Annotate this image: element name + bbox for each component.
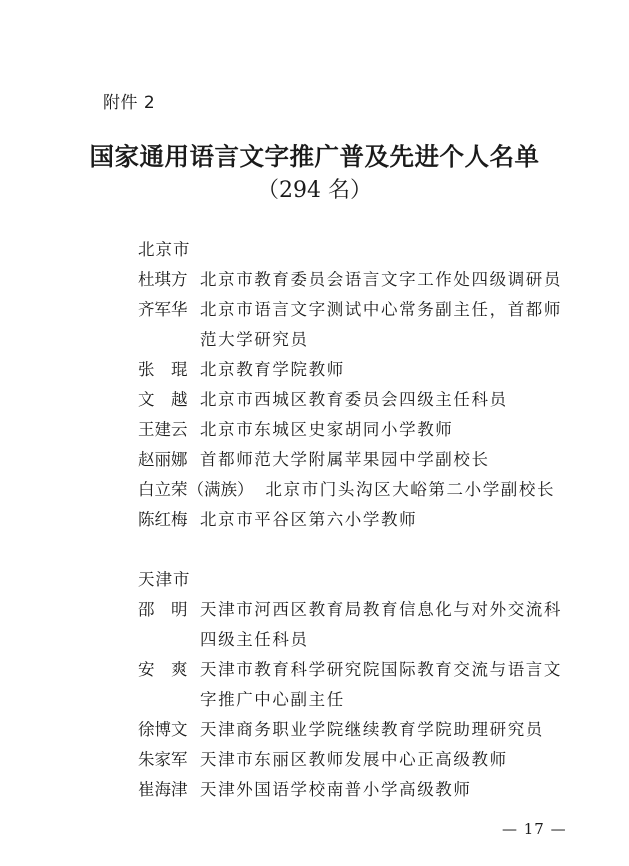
person-name: 齐军华 xyxy=(138,296,200,320)
person-name: 陈红梅 xyxy=(138,506,200,530)
person-desc-continued: 四级主任科员 xyxy=(200,626,309,650)
person-name: 安 爽 xyxy=(138,656,200,680)
person-desc: 北京市教育委员会语言文字工作处四级调研员 xyxy=(200,266,562,290)
document-subtitle: （294 名） xyxy=(0,173,629,204)
list-item: 王建云北京市东城区史家胡同小学教师 xyxy=(138,416,453,446)
person-desc: 北京市语言文字测试中心常务副主任，首都师 xyxy=(200,296,562,320)
section-heading-beijing: 北京市 xyxy=(138,236,191,260)
list-item: 安 爽天津市教育科学研究院国际教育交流与语言文 xyxy=(138,656,562,686)
list-item: 齐军华北京市语言文字测试中心常务副主任，首都师 xyxy=(138,296,562,326)
person-name: 杜琪方 xyxy=(138,266,200,290)
person-name: 崔海津 xyxy=(138,776,200,800)
person-name: 赵丽娜 xyxy=(138,446,200,470)
list-item: 崔海津天津外国语学校南普小学高级教师 xyxy=(138,776,472,806)
person-desc: 首都师范大学附属苹果园中学副校长 xyxy=(200,446,490,470)
person-desc-continued: 字推广中心副主任 xyxy=(200,686,345,710)
person-desc-continued: 范大学研究员 xyxy=(200,326,309,350)
person-name: 文 越 xyxy=(138,386,200,410)
attachment-label: 附件 2 xyxy=(103,88,155,113)
person-name: 白立荣（满族） xyxy=(138,480,254,499)
person-desc: 天津市东丽区教师发展中心正高级教师 xyxy=(200,746,508,770)
page-number: — 17 — xyxy=(502,820,567,838)
person-name: 朱家军 xyxy=(138,746,200,770)
person-desc: 天津外国语学校南普小学高级教师 xyxy=(200,776,472,800)
person-desc: 北京市西城区教育委员会四级主任科员 xyxy=(200,386,508,410)
person-name: 邵 明 xyxy=(138,596,200,620)
person-name: 王建云 xyxy=(138,416,200,440)
document-page: 附件 2 国家通用语言文字推广普及先进个人名单 （294 名） 北京市 杜琪方北… xyxy=(0,0,629,866)
person-desc: 北京市平谷区第六小学教师 xyxy=(200,506,417,530)
person-desc: 北京教育学院教师 xyxy=(200,356,345,380)
person-desc: 天津市河西区教育局教育信息化与对外交流科 xyxy=(200,596,562,620)
person-name: 徐博文 xyxy=(138,716,200,740)
person-desc: 天津市教育科学研究院国际教育交流与语言文 xyxy=(200,656,562,680)
list-item: 陈红梅北京市平谷区第六小学教师 xyxy=(138,506,417,536)
list-item: 邵 明天津市河西区教育局教育信息化与对外交流科 xyxy=(138,596,562,626)
list-item: 张 琨北京教育学院教师 xyxy=(138,356,345,386)
list-item: 朱家军天津市东丽区教师发展中心正高级教师 xyxy=(138,746,508,776)
list-item: 文 越北京市西城区教育委员会四级主任科员 xyxy=(138,386,508,416)
person-desc: 北京市门头沟区大峪第二小学副校长 xyxy=(266,476,556,500)
section-heading-tianjin: 天津市 xyxy=(138,566,191,590)
person-name: 张 琨 xyxy=(138,356,200,380)
list-item: 白立荣（满族）北京市门头沟区大峪第二小学副校长 xyxy=(138,476,555,506)
person-desc: 天津商务职业学院继续教育学院助理研究员 xyxy=(200,716,544,740)
person-desc: 北京市东城区史家胡同小学教师 xyxy=(200,416,453,440)
document-title: 国家通用语言文字推广普及先进个人名单 xyxy=(0,138,629,173)
list-item: 赵丽娜首都师范大学附属苹果园中学副校长 xyxy=(138,446,490,476)
list-item: 徐博文天津商务职业学院继续教育学院助理研究员 xyxy=(138,716,544,746)
list-item: 杜琪方北京市教育委员会语言文字工作处四级调研员 xyxy=(138,266,562,296)
